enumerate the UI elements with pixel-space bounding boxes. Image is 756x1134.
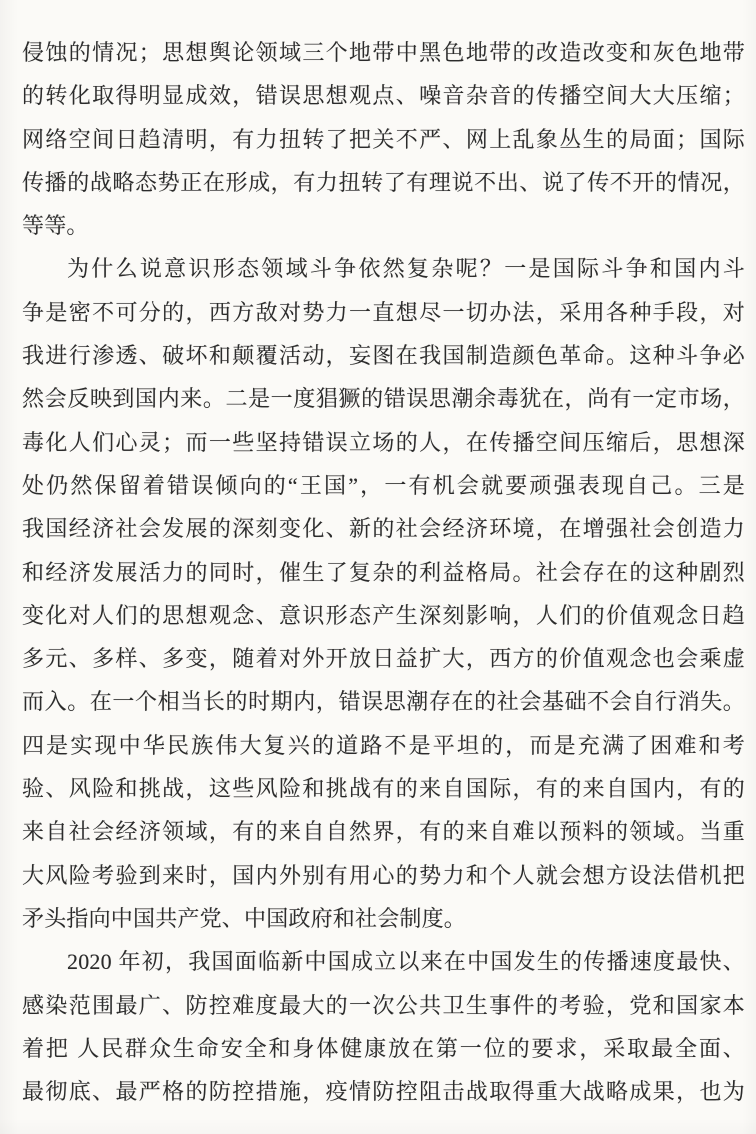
text-line: 网络空间日趋清明，有力扭转了把关不严、网上乱象丛生的局面；国际 — [22, 118, 745, 161]
text-line: 感染范围最广、防控难度最大的一次公共卫生事件的考验，党和国家本 — [22, 984, 745, 1027]
text-line: 和经济发展活力的同时，催生了复杂的利益格局。社会存在的这种剧烈 — [22, 551, 745, 594]
text-line: 的转化取得明显成效，错误思想观点、噪音杂音的传播空间大大压缩； — [22, 74, 745, 117]
document-page: 侵蚀的情况；思想舆论领域三个地带中黑色地带的改造改变和灰色地带 的转化取得明显成… — [0, 0, 756, 1134]
text-line: 多元、多样、多变，随着对外开放日益扩大，西方的价值观念也会乘虚 — [22, 637, 745, 680]
text-line: 大风险考验到来时，国内外别有用心的势力和个人就会想方设法借机把 — [22, 854, 745, 897]
text-line: 我进行渗透、破坏和颠覆活动，妄图在我国制造颜色革命。这种斗争必 — [22, 334, 745, 377]
text-line: 然会反映到国内来。二是一度猖獗的错误思潮余毒犹在，尚有一定市场， — [22, 377, 745, 420]
text-line: 传播的战略态势正在形成，有力扭转了有理说不出、说了传不开的情况， — [22, 161, 745, 204]
text-line: 来自社会经济领域，有的来自自然界，有的来自难以预料的领域。当重 — [22, 810, 745, 853]
text-line: 着把 人民群众生命安全和身体健康放在第一位的要求，采取最全面、 — [22, 1027, 745, 1070]
text-line: 毒化人们心灵；而一些坚持错误立场的人，在传播空间压缩后，思想深 — [22, 421, 745, 464]
text-line: 我国经济社会发展的深刻变化、新的社会经济环境，在增强社会创造力 — [22, 507, 745, 550]
text-line: 验、风险和挑战，这些风险和挑战有的来自国际，有的来自国内，有的 — [22, 767, 745, 810]
text-line-paragraph-start: 2020 年初，我国面临新中国成立以来在中国发生的传播速度最快、 — [22, 940, 745, 983]
text-line: 争是密不可分的，西方敌对势力一直想尽一切办法，采用各种手段，对 — [22, 291, 745, 334]
text-line: 变化对人们的思想观念、意识形态产生深刻影响，人们的价值观念日趋 — [22, 594, 745, 637]
text-line: 而入。在一个相当长的时期内，错误思潮存在的社会基础不会自行消失。 — [22, 680, 745, 723]
text-line: 侵蚀的情况；思想舆论领域三个地带中黑色地带的改造改变和灰色地带 — [22, 31, 745, 74]
text-line-paragraph-end: 等等。 — [22, 204, 745, 247]
text-line-paragraph-end: 矛头指向中国共产党、中国政府和社会制度。 — [22, 897, 745, 940]
text-line: 最彻底、最严格的防控措施，疫情防控阻击战取得重大战略成果，也为 — [22, 1070, 745, 1113]
text-line-paragraph-start: 为什么说意识形态领域斗争依然复杂呢？一是国际斗争和国内斗 — [22, 247, 745, 290]
text-body: 侵蚀的情况；思想舆论领域三个地带中黑色地带的改造改变和灰色地带 的转化取得明显成… — [22, 31, 745, 1113]
text-line: 四是实现中华民族伟大复兴的道路不是平坦的，而是充满了困难和考 — [22, 724, 745, 767]
text-line: 处仍然保留着错误倾向的“王国”，一有机会就要顽强表现自己。三是 — [22, 464, 745, 507]
